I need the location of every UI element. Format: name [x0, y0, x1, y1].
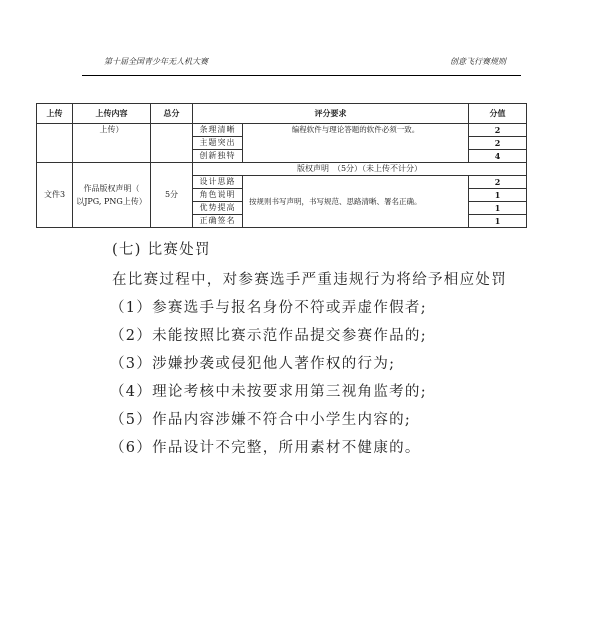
penalty-item: （1）参赛选手与报名身份不符或弄虚作假者;: [110, 296, 427, 317]
score-cell: 2: [469, 176, 527, 189]
header-rules-title: 创意飞行赛规则: [450, 56, 506, 67]
criterion-cell: 优势提高: [193, 202, 243, 215]
penalty-item: （3）涉嫌抄袭或侵犯他人著作权的行为;: [110, 352, 395, 373]
penalty-item: （6）作品设计不完整，所用素材不健康的。: [110, 436, 421, 457]
table-row: 文件3 作品版权声明（ 以JPG, PNG上传） 5分 版权声明 （5分）（未上…: [37, 163, 527, 176]
group2-total: 5分: [151, 163, 193, 228]
header-total: 总分: [151, 104, 193, 124]
penalty-item: （5）作品内容涉嫌不符合中小学生内容的;: [110, 408, 411, 429]
header-divider: [82, 75, 521, 76]
group1-upload: [37, 124, 73, 163]
group2-content: 作品版权声明（ 以JPG, PNG上传）: [73, 163, 151, 228]
group2-requirement: 按规则书写声明，书写规范、思路清晰、署名正确。: [243, 176, 469, 228]
group2-upload: 文件3: [37, 163, 73, 228]
group2-section-title: 版权声明 （5分）（未上传不计分）: [193, 163, 527, 176]
table-header-row: 上传 上传内容 总分 评分要求 分值: [37, 104, 527, 124]
penalty-item: （4）理论考核中未按要求用第三视角监考的;: [110, 380, 427, 401]
table-row: 上传） 条理清晰 编程软件与理论答题的软件必须一致。 2: [37, 124, 527, 137]
criterion-cell: 条理清晰: [193, 124, 243, 137]
group1-requirement: 编程软件与理论答题的软件必须一致。: [243, 124, 469, 163]
criterion-cell: 创新独特: [193, 150, 243, 163]
criterion-cell: 正确签名: [193, 215, 243, 228]
section-title: (七) 比赛处罚: [112, 238, 211, 259]
criterion-cell: 主题突出: [193, 137, 243, 150]
score-cell: 2: [469, 124, 527, 137]
penalty-item: （2）未能按照比赛示范作品提交参赛作品的;: [110, 324, 427, 345]
page-header: 第十届全国青少年无人机大赛 创意飞行赛规则: [104, 56, 506, 70]
criterion-cell: 设计思路: [193, 176, 243, 189]
header-upload: 上传: [37, 104, 73, 124]
criterion-cell: 角色说明: [193, 189, 243, 202]
header-competition-title: 第十届全国青少年无人机大赛: [104, 56, 208, 67]
group2-content-line1: 作品版权声明（: [73, 182, 150, 195]
score-cell: 1: [469, 202, 527, 215]
scoring-table: 上传 上传内容 总分 评分要求 分值 上传） 条理清晰 编程软件与理论答题的软件…: [36, 103, 527, 228]
section-intro: 在比赛过程中，对参赛选手严重违规行为将给予相应处罚: [112, 268, 507, 289]
header-score: 分值: [469, 104, 527, 124]
group2-content-line2: 以JPG, PNG上传）: [73, 195, 150, 208]
score-cell: 2: [469, 137, 527, 150]
score-cell: 1: [469, 189, 527, 202]
group1-content: 上传）: [73, 124, 151, 163]
header-content: 上传内容: [73, 104, 151, 124]
group1-total: [151, 124, 193, 163]
score-cell: 1: [469, 215, 527, 228]
header-requirement: 评分要求: [193, 104, 469, 124]
score-cell: 4: [469, 150, 527, 163]
